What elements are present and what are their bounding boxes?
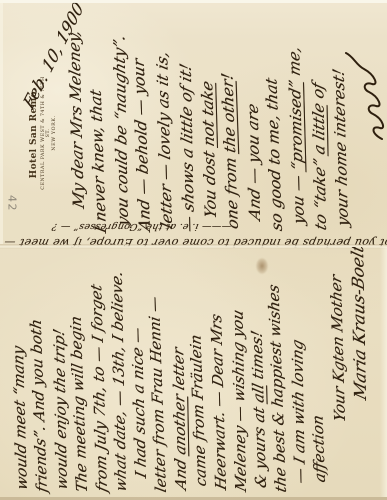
letter-text: letter — [169, 346, 188, 397]
letter-text: Your Kgten Mother — [327, 273, 349, 423]
page2-rotated-content: would meet “manyfriends”. And you bothwo… — [0, 247, 387, 500]
letter-line: Maria Kraus-Boelté — [348, 247, 371, 402]
letter-text: And — [171, 452, 190, 492]
letter-text: letter — lovely as it is, — [153, 50, 176, 231]
letter-text: you could be “naughty”. — [110, 33, 132, 228]
underlined-word: not take — [198, 79, 218, 148]
underlined-word: a little — [310, 101, 329, 156]
letter-text: — shows a little of it! — [177, 62, 198, 234]
catalog-number: 42 — [6, 193, 19, 215]
scan-edge-right — [380, 247, 387, 497]
underlined-word: the other — [219, 78, 240, 154]
letter-text: I never knew, that — [87, 88, 110, 234]
end-flourish-mark — [340, 48, 386, 143]
page1-rotated-content: Hotel San Remo. Central Park West & 74th… — [0, 0, 387, 243]
letterhead-city: New York. — [52, 73, 57, 193]
letter-text: me, — [285, 45, 304, 83]
letter-page-1: Hotel San Remo. Central Park West & 74th… — [0, 0, 387, 245]
page2-body-text: would meet “manyfriends”. And you bothwo… — [13, 247, 371, 494]
letter-text: of — [309, 81, 327, 106]
letter-page-2: would meet “manyfriends”. And you bothwo… — [0, 247, 387, 500]
letter-text: My dear Mrs Meleney, — [65, 29, 88, 210]
letter-text: affection — [309, 414, 329, 484]
letter-text: to “take” — [311, 152, 330, 232]
letter-text: You dost — [200, 144, 220, 220]
letter-text: Maria Kraus-Boelté — [348, 247, 370, 402]
ink-stain — [256, 258, 268, 274]
margin-note-inner: ——— i. e. at the “Congresses” — ? — [51, 221, 233, 232]
letter-text: times! — [247, 329, 266, 386]
letter-text: Heerwart. — Dear Mrs — [207, 312, 230, 491]
scan-edge-left — [0, 0, 3, 244]
underlined-word: “promised” — [286, 79, 306, 173]
underlined-word: another — [170, 392, 189, 456]
letter-text: & yours at — [249, 400, 269, 489]
letter-text: one from — [221, 151, 242, 230]
page1-body-text: My dear Mrs Meleney,I never knew, thatyo… — [70, 0, 356, 235]
letter-line: Your Kgten Mother — [326, 247, 351, 424]
scan-edge-top — [0, 0, 387, 3]
letter-text: Meleney — wishing you — [228, 308, 249, 494]
letter-text: And — you are — [244, 102, 264, 222]
letter-scan: Hotel San Remo. Central Park West & 74th… — [0, 0, 387, 500]
letter-text: you — — [289, 168, 308, 226]
